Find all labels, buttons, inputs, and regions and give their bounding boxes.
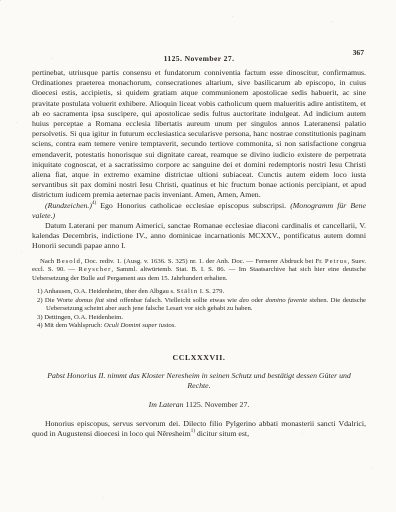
- document-number-heading: CCLXXXVII.: [32, 353, 366, 362]
- source-note-text: , Doc. rediv. 1. (Ausg. v. 1636. S. 325)…: [81, 258, 325, 265]
- footnote-text: Dettingen, O.A. Heidenheim.: [44, 314, 123, 321]
- dateline-date: 1125. November 27.: [186, 400, 250, 409]
- source-note: Nach Besold, Doc. rediv. 1. (Ausg. v. 16…: [32, 258, 366, 284]
- page-header: 1125. November 27. 367: [32, 48, 366, 60]
- document-dateline: Im Lateran 1125. November 27.: [32, 400, 366, 409]
- footnote-text: Anhausen, O.A. Heidenheim, über den Albg…: [44, 288, 177, 295]
- footnotes-block: 1) Anhausen, O.A. Heidenheim, über den A…: [32, 288, 366, 331]
- footnote-author-staelin: Stälin: [177, 288, 199, 295]
- footnote-text: sind offenbar falsch. Vielleicht sollte …: [104, 297, 239, 304]
- subscription-line: (Rundzeichen.)4) Ego Honorius catholicae…: [32, 201, 366, 221]
- footnote-number: 3): [37, 314, 43, 321]
- footnote-text: Mit dem Wahlspruch:: [44, 322, 104, 329]
- footnote-latin-word: deo: [239, 297, 249, 304]
- rundzeichen-note: (Rundzeichen.): [45, 201, 92, 210]
- dateline-place: Im Lateran: [149, 400, 184, 409]
- footnote-motto: Oculi Domini super iustos.: [104, 322, 176, 329]
- document-title: Pabst Honorius II. nimmt das Kloster Ner…: [40, 371, 358, 392]
- footnote-number: 1): [37, 288, 43, 295]
- page-number: 367: [353, 48, 364, 57]
- footnote-number: 2): [37, 297, 43, 304]
- next-document-text: dicitur situm est,: [195, 429, 249, 438]
- running-date-heading: 1125. November 27.: [164, 54, 235, 63]
- footnote-latin-phrase: domus fiat: [75, 297, 104, 304]
- footnote-2: 2) Die Worte domus fiat sind offenbar fa…: [32, 297, 366, 314]
- latin-bull-paragraph: pertinebat, utriusque partis consensu et…: [32, 68, 366, 201]
- footnote-latin-phrase: domino favente: [265, 297, 307, 304]
- page-content: 1125. November 27. 367 pertinebat, utriu…: [32, 48, 366, 439]
- datum-paragraph: Datum Laterani per manum Aimerici, sanct…: [32, 221, 366, 252]
- footnote-text: Die Worte: [45, 297, 75, 304]
- next-document-body: Honorius episcopus, servus servorum dei.…: [32, 419, 366, 439]
- scan-noise-specks: [0, 0, 1, 1]
- source-author-reyscher: Reyscher: [78, 266, 111, 273]
- source-note-text: Nach: [40, 258, 56, 265]
- source-author-besold: Besold: [56, 258, 81, 265]
- footnote-1: 1) Anhausen, O.A. Heidenheim, über den A…: [32, 288, 366, 297]
- source-author-petrus: Petrus: [325, 258, 348, 265]
- scanned-book-page: 1125. November 27. 367 pertinebat, utriu…: [0, 0, 396, 512]
- footnote-4: 4) Mit dem Wahlspruch: Oculi Domini supe…: [32, 322, 366, 331]
- subscription-text: Ego Honorius catholicae ecclesiae episco…: [96, 201, 290, 210]
- footnote-3: 3) Dettingen, O.A. Heidenheim.: [32, 314, 366, 323]
- footnote-text: oder: [249, 297, 266, 304]
- footnote-text: I. S. 279.: [198, 288, 224, 295]
- footnote-number: 4): [37, 322, 43, 329]
